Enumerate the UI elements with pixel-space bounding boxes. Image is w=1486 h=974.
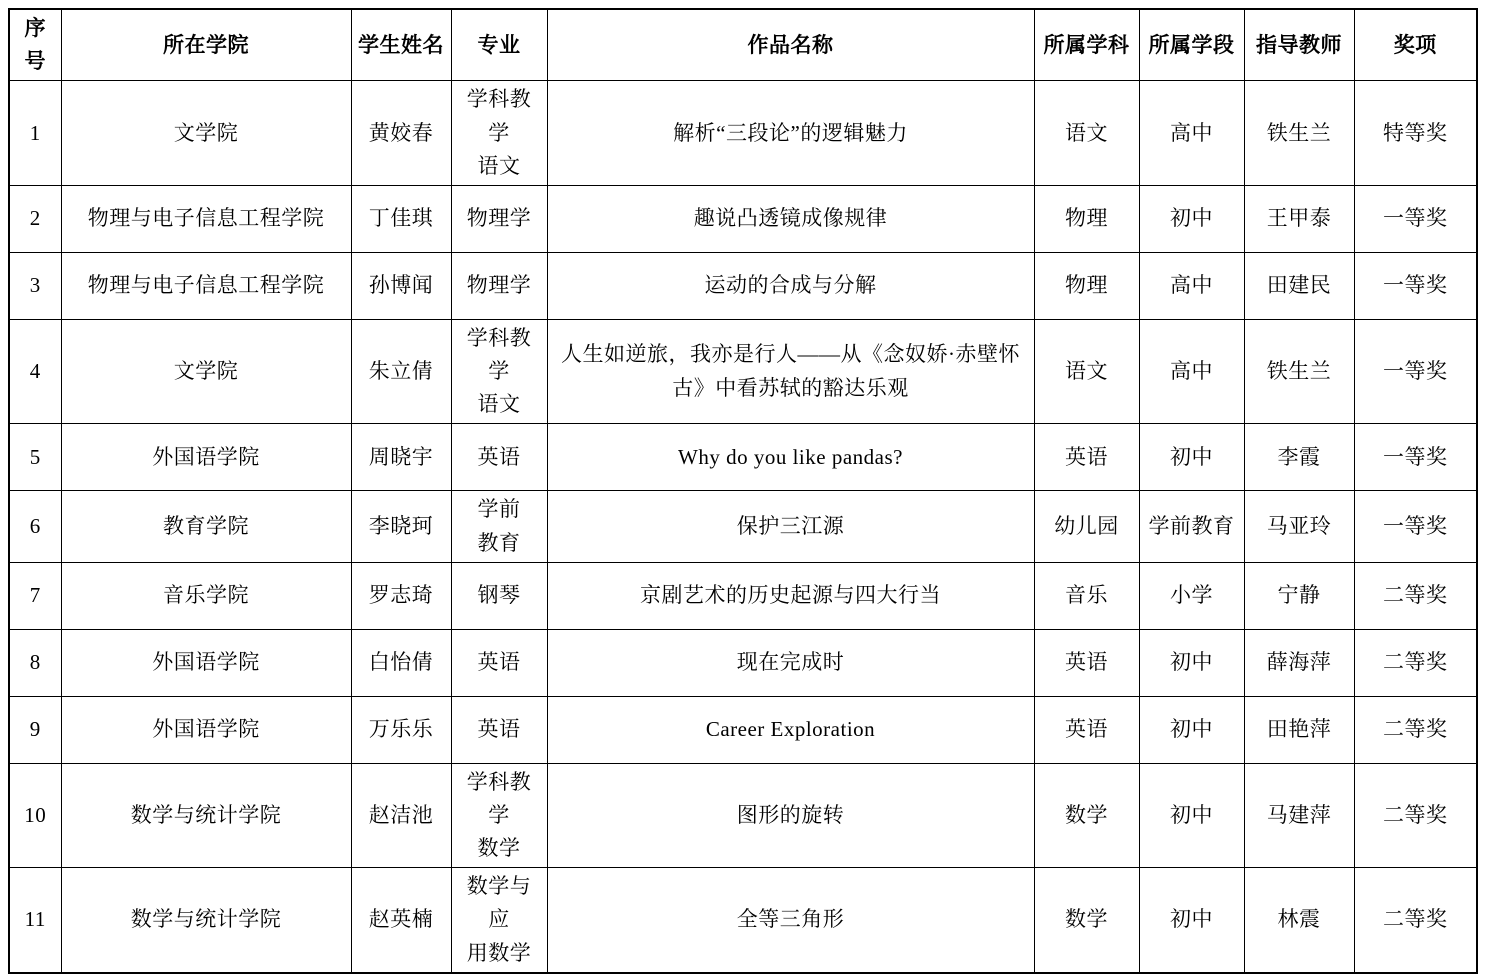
cell-teacher: 王甲泰: [1244, 185, 1354, 252]
table-row: 7音乐学院罗志琦钢琴京剧艺术的历史起源与四大行当音乐小学宁静二等奖: [9, 562, 1477, 629]
cell-stage: 高中: [1139, 319, 1244, 424]
cell-award: 二等奖: [1354, 696, 1477, 763]
cell-teacher: 田建民: [1244, 252, 1354, 319]
cell-no: 2: [9, 185, 61, 252]
cell-award: 二等奖: [1354, 562, 1477, 629]
cell-college: 文学院: [61, 81, 351, 186]
cell-major: 钢琴: [451, 562, 547, 629]
cell-award: 特等奖: [1354, 81, 1477, 186]
cell-title: 运动的合成与分解: [547, 252, 1034, 319]
table-row: 5外国语学院周晓宇英语Why do you like pandas?英语初中李霞…: [9, 424, 1477, 491]
cell-stage: 初中: [1139, 763, 1244, 826]
cell-subject: 语文: [1034, 81, 1139, 186]
cell-teacher: 马建萍: [1244, 763, 1354, 826]
cell-student: 罗志琦: [351, 562, 451, 629]
cell-major: 学科教学 语文: [451, 81, 547, 186]
table-row: 6教育学院李晓珂学前 教育保护三江源幼儿园学前教育马亚玲一等奖: [9, 491, 1477, 562]
cell-college: 文学院: [61, 319, 351, 424]
cell-subject: 英语: [1034, 424, 1139, 491]
cell-stage: 高中: [1139, 81, 1244, 186]
cell-teacher: 铁生兰: [1244, 81, 1354, 186]
cell-student: 朱立倩: [351, 319, 451, 424]
cell-major: 学前 教育: [451, 491, 547, 562]
awards-table: 序号所在学院学生姓名专业作品名称所属学科所属学段指导教师奖项 1文学院黄姣春学科…: [8, 8, 1478, 826]
cell-student: 孙博闻: [351, 252, 451, 319]
column-header-subject: 所属学科: [1034, 9, 1139, 81]
cell-no: 6: [9, 491, 61, 562]
cell-student: 白怡倩: [351, 629, 451, 696]
cell-student: 万乐乐: [351, 696, 451, 763]
cell-title: Why do you like pandas?: [547, 424, 1034, 491]
cell-title: 保护三江源: [547, 491, 1034, 562]
cell-student: 丁佳琪: [351, 185, 451, 252]
cell-college: 教育学院: [61, 491, 351, 562]
header-row: 序号所在学院学生姓名专业作品名称所属学科所属学段指导教师奖项: [9, 9, 1477, 81]
column-header-no: 序号: [9, 9, 61, 81]
cell-major: 学科教学 数学: [451, 763, 547, 826]
cell-student: 赵洁池: [351, 763, 451, 826]
cell-award: 二等奖: [1354, 629, 1477, 696]
cell-title: 解析“三段论”的逻辑魅力: [547, 81, 1034, 186]
table-row: 2物理与电子信息工程学院丁佳琪物理学趣说凸透镜成像规律物理初中王甲泰一等奖: [9, 185, 1477, 252]
cell-award: 一等奖: [1354, 424, 1477, 491]
cell-college: 外国语学院: [61, 629, 351, 696]
table-row: 1文学院黄姣春学科教学 语文解析“三段论”的逻辑魅力语文高中铁生兰特等奖: [9, 81, 1477, 186]
cell-title: 人生如逆旅，我亦是行人——从《念奴娇·赤壁怀古》中看苏轼的豁达乐观: [547, 319, 1034, 424]
table-body: 1文学院黄姣春学科教学 语文解析“三段论”的逻辑魅力语文高中铁生兰特等奖2物理与…: [9, 81, 1477, 826]
cell-no: 1: [9, 81, 61, 186]
cell-stage: 高中: [1139, 252, 1244, 319]
cell-no: 3: [9, 252, 61, 319]
column-header-stage: 所属学段: [1139, 9, 1244, 81]
cell-stage: 初中: [1139, 696, 1244, 763]
column-header-award: 奖项: [1354, 9, 1477, 81]
cell-college: 外国语学院: [61, 424, 351, 491]
cell-major: 学科教学 语文: [451, 319, 547, 424]
table-row: 9外国语学院万乐乐英语Career Exploration英语初中田艳萍二等奖: [9, 696, 1477, 763]
cell-teacher: 薛海萍: [1244, 629, 1354, 696]
cell-college: 数学与统计学院: [61, 763, 351, 826]
cell-subject: 物理: [1034, 185, 1139, 252]
cell-major: 物理学: [451, 185, 547, 252]
cell-award: 一等奖: [1354, 185, 1477, 252]
cell-college: 物理与电子信息工程学院: [61, 185, 351, 252]
cell-teacher: 田艳萍: [1244, 696, 1354, 763]
table-row: 4文学院朱立倩学科教学 语文人生如逆旅，我亦是行人——从《念奴娇·赤壁怀古》中看…: [9, 319, 1477, 424]
cell-teacher: 铁生兰: [1244, 319, 1354, 424]
cell-student: 黄姣春: [351, 81, 451, 186]
cell-major: 英语: [451, 696, 547, 763]
cell-no: 10: [9, 763, 61, 826]
column-header-student: 学生姓名: [351, 9, 451, 81]
cell-subject: 幼儿园: [1034, 491, 1139, 562]
cell-subject: 英语: [1034, 696, 1139, 763]
cell-college: 外国语学院: [61, 696, 351, 763]
cell-stage: 初中: [1139, 185, 1244, 252]
cell-award: 一等奖: [1354, 252, 1477, 319]
cell-award: 二等奖: [1354, 763, 1477, 826]
cell-stage: 小学: [1139, 562, 1244, 629]
cell-no: 7: [9, 562, 61, 629]
cell-title: 图形的旋转: [547, 763, 1034, 826]
table-row: 3物理与电子信息工程学院孙博闻物理学运动的合成与分解物理高中田建民一等奖: [9, 252, 1477, 319]
cell-student: 李晓珂: [351, 491, 451, 562]
cell-subject: 语文: [1034, 319, 1139, 424]
cell-student: 周晓宇: [351, 424, 451, 491]
cell-subject: 物理: [1034, 252, 1139, 319]
cell-stage: 学前教育: [1139, 491, 1244, 562]
cell-college: 音乐学院: [61, 562, 351, 629]
cell-teacher: 李霞: [1244, 424, 1354, 491]
cell-title: Career Exploration: [547, 696, 1034, 763]
cell-major: 英语: [451, 424, 547, 491]
cell-title: 现在完成时: [547, 629, 1034, 696]
cell-title: 京剧艺术的历史起源与四大行当: [547, 562, 1034, 629]
column-header-title: 作品名称: [547, 9, 1034, 81]
cell-college: 物理与电子信息工程学院: [61, 252, 351, 319]
cell-subject: 音乐: [1034, 562, 1139, 629]
cell-major: 英语: [451, 629, 547, 696]
cell-stage: 初中: [1139, 629, 1244, 696]
cell-award: 一等奖: [1354, 319, 1477, 424]
column-header-major: 专业: [451, 9, 547, 81]
cell-subject: 英语: [1034, 629, 1139, 696]
column-header-teacher: 指导教师: [1244, 9, 1354, 81]
table-row: 10数学与统计学院赵洁池学科教学 数学图形的旋转数学初中马建萍二等奖: [9, 763, 1477, 826]
cell-title: 趣说凸透镜成像规律: [547, 185, 1034, 252]
table-row: 8外国语学院白怡倩英语现在完成时英语初中薛海萍二等奖: [9, 629, 1477, 696]
cell-stage: 初中: [1139, 424, 1244, 491]
cell-teacher: 马亚玲: [1244, 491, 1354, 562]
cell-teacher: 宁静: [1244, 562, 1354, 629]
cell-no: 9: [9, 696, 61, 763]
cell-no: 4: [9, 319, 61, 424]
cell-subject: 数学: [1034, 763, 1139, 826]
cell-award: 一等奖: [1354, 491, 1477, 562]
table-header: 序号所在学院学生姓名专业作品名称所属学科所属学段指导教师奖项: [9, 9, 1477, 81]
cell-no: 8: [9, 629, 61, 696]
cell-major: 物理学: [451, 252, 547, 319]
column-header-college: 所在学院: [61, 9, 351, 81]
cell-no: 5: [9, 424, 61, 491]
